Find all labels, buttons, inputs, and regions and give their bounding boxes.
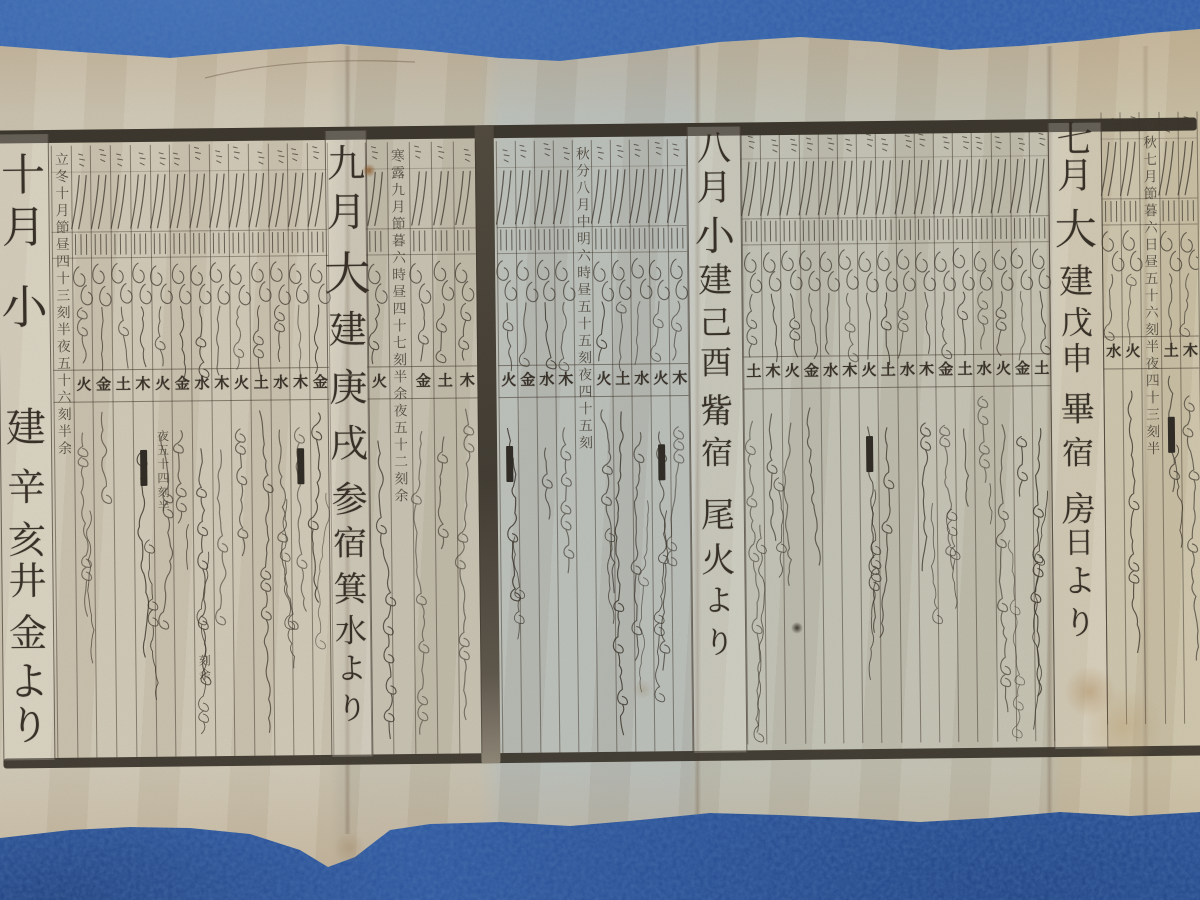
element-cell: 金 (936, 358, 955, 379)
header-char: 建 (698, 264, 732, 298)
element-cell: 土 (113, 373, 133, 394)
header-char: よ (336, 655, 366, 685)
header-char: 大 (1055, 209, 1097, 251)
stain-spot (362, 163, 376, 177)
element-cell: 火 (1123, 340, 1142, 361)
header-char: 八 (697, 132, 731, 166)
legible-fragment-text: 刻余 (198, 654, 210, 682)
element-cell: 水 (1104, 340, 1123, 361)
header-char: 己 (700, 307, 732, 339)
solar-term-text: 秋分八月中明六時昼五十五刻夜四十五刻 (575, 146, 592, 452)
element-cell: 火 (994, 358, 1013, 379)
element-cell: 木 (763, 360, 782, 381)
header-char: よ (1063, 565, 1095, 597)
element-cell: 水 (192, 372, 212, 393)
moon-phase-marker (140, 450, 147, 486)
element-cell: 火 (232, 372, 252, 393)
element-cell: 木 (917, 358, 936, 379)
header-char: 宿 (333, 527, 367, 561)
header-char: り (704, 629, 734, 659)
element-cell: 火 (859, 359, 878, 380)
solar-term-text: 立秋七月節暮六日昼五十六刻半夜四十三刻半 (1142, 118, 1160, 458)
element-cell: 木 (456, 369, 478, 390)
moon-phase-marker (506, 446, 513, 482)
header-char: 大 (324, 250, 370, 296)
element-cell: 水 (821, 359, 840, 380)
moon-phase-marker (658, 444, 665, 480)
element-cell: 木 (291, 371, 311, 392)
header-char: 月 (1057, 159, 1093, 195)
header-char: 箕 (333, 573, 367, 607)
month-header-column-十月小: 十月小建辛亥井金より (0, 134, 55, 761)
element-cell: 土 (879, 359, 898, 380)
element-cell: 金 (94, 373, 114, 394)
legible-fragment-text: 夜五十四刻半 (156, 430, 169, 514)
element-cell: 木 (556, 368, 575, 389)
element-cell: 土 (955, 358, 974, 379)
element-cell: 水 (632, 367, 651, 388)
element-cell: 金 (802, 360, 821, 381)
stain-spot (791, 622, 803, 634)
moon-phase-marker (866, 436, 873, 472)
header-char: 建 (1059, 265, 1093, 299)
element-cell: 土 (434, 370, 456, 391)
header-char: 建 (329, 311, 367, 349)
element-cell: 水 (975, 358, 994, 379)
stain-spot (1083, 686, 1164, 767)
element-cell: 水 (271, 371, 291, 392)
element-cell: 水 (898, 359, 917, 380)
element-cell: 木 (840, 359, 859, 380)
element-cell: 火 (74, 373, 94, 394)
header-char: 戌 (330, 425, 368, 463)
element-cell: 土 (613, 368, 632, 389)
solar-term-text: 寒露九月節暮六時昼四十七刻半余夜五十二刻余 (390, 148, 408, 505)
header-char: 亥 (8, 521, 46, 559)
header-char: 宿 (1062, 437, 1094, 469)
element-cell: 木 (1181, 340, 1200, 361)
element-cell: 木 (670, 367, 689, 388)
header-char: 申 (1061, 343, 1093, 375)
header-char: 参 (331, 483, 367, 519)
element-cell: 火 (783, 360, 802, 381)
header-char: 月 (326, 193, 366, 233)
element-cell: 火 (651, 367, 670, 388)
element-cell: 火 (594, 368, 613, 389)
element-cell: 金 (518, 369, 537, 390)
header-char: 觜 (700, 395, 734, 429)
element-cell: 金 (1013, 357, 1032, 378)
solar-term-text: 立冬十月節昼四十三刻半夜五十六刻半余 (54, 152, 71, 458)
element-cell: 水 (537, 368, 556, 389)
header-char: 七 (1057, 123, 1093, 159)
header-char: 小 (1, 284, 47, 330)
moon-phase-marker (297, 448, 304, 484)
element-cell: 金 (412, 370, 434, 391)
header-char: 月 (696, 171, 732, 207)
header-char: 水 (335, 615, 367, 647)
header-char: り (1064, 607, 1096, 639)
header-char: よ (8, 662, 48, 702)
element-cell: 火 (153, 373, 173, 394)
header-char: 月 (1, 206, 45, 250)
photo-of-edo-calendar-scroll: 十月小建辛亥井金より立冬十月節昼四十三刻半夜五十六刻半余火金土木火夜五十四刻半金… (0, 0, 1200, 900)
header-char: よ (704, 587, 734, 617)
header-char: 辛 (7, 468, 45, 506)
moon-phase-marker (1168, 417, 1175, 453)
month-header-column-七月大: 七月大建戊申畢宿房日より (1048, 123, 1109, 750)
header-char: 金 (9, 614, 47, 652)
header-char: 建 (6, 408, 46, 448)
header-char: 戊 (1061, 307, 1093, 339)
element-cell: 火 (368, 370, 390, 391)
header-char: 宿 (701, 437, 733, 469)
element-cell: 金 (172, 372, 192, 393)
header-char: 井 (8, 562, 46, 600)
stain-spot (633, 679, 653, 699)
element-cell: 土 (251, 372, 271, 393)
header-char: 畢 (1061, 393, 1095, 427)
header-char: 日 (1064, 529, 1094, 559)
header-char: 火 (701, 544, 735, 578)
header-char: 庚 (329, 369, 367, 407)
element-cell: 木 (133, 373, 153, 394)
header-char: 酉 (700, 347, 732, 379)
element-cell: 土 (744, 360, 763, 381)
element-cell: 土 (1032, 357, 1051, 378)
header-char: 房 (1062, 493, 1096, 527)
element-cell: 土 (1162, 340, 1181, 361)
stain-spot (333, 832, 365, 864)
header-char: 九 (327, 145, 365, 183)
header-char: 十 (1, 154, 45, 198)
element-cell: 火 (499, 369, 518, 390)
calendar-frame: 十月小建辛亥井金より立冬十月節昼四十三刻半夜五十六刻半余火金土木火夜五十四刻半金… (0, 0, 1200, 900)
header-char: 尾 (701, 499, 735, 533)
month-header-column-八月小: 八月小建己酉觜宿尾火より (687, 126, 748, 753)
header-char: り (9, 706, 49, 746)
element-cell: 木 (212, 372, 232, 393)
header-char: 小 (695, 217, 735, 257)
header-char: り (337, 695, 367, 725)
